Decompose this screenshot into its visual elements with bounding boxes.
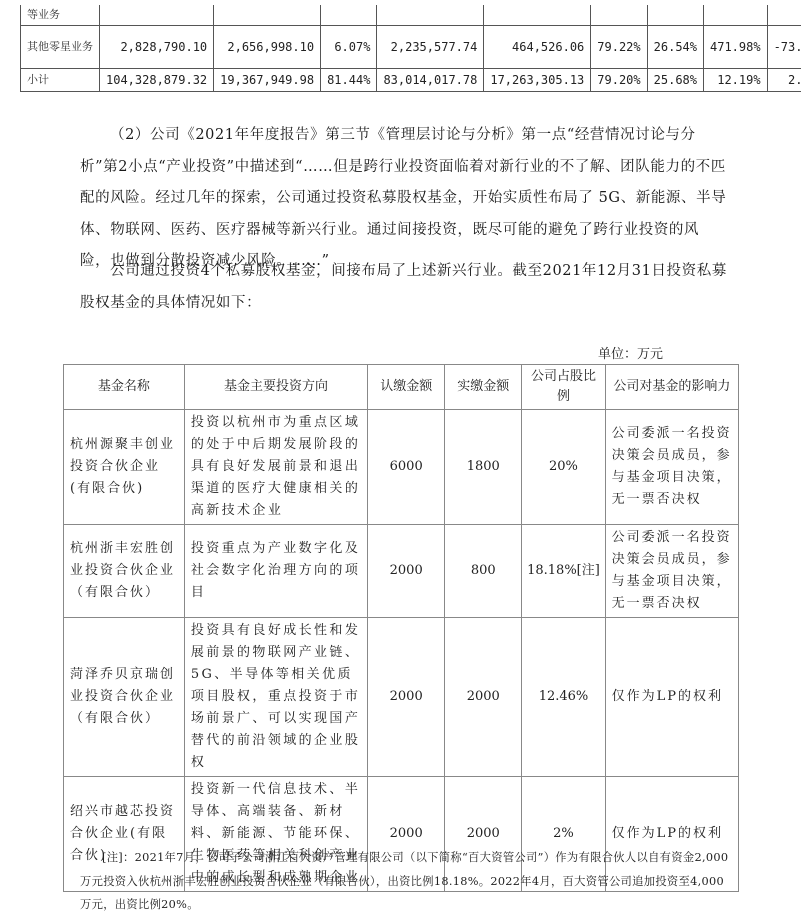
cell: 17,263,305.13 bbox=[484, 69, 591, 92]
cell: 26.54% bbox=[647, 26, 703, 69]
table-row: 杭州源聚丰创业投资合伙企业(有限合伙) 投资以杭州市为重点区域的处于中后期发展阶… bbox=[64, 410, 739, 525]
table-header-row: 基金名称 基金主要投资方向 认缴金额 实缴金额 公司占股比例 公司对基金的影响力 bbox=[64, 365, 739, 410]
row-label: 小计 bbox=[21, 69, 100, 92]
private-equity-fund-table: 基金名称 基金主要投资方向 认缴金额 实缴金额 公司占股比例 公司对基金的影响力… bbox=[63, 364, 739, 892]
cell: 464,526.06 bbox=[484, 26, 591, 69]
fund-direction: 投资重点为产业数字化及社会数字化治理方向的项目 bbox=[184, 525, 367, 618]
cell: 104,328,879.32 bbox=[100, 69, 214, 92]
influence: 公司委派一名投资决策会员成员，参与基金项目决策，无一票否决权 bbox=[605, 525, 738, 618]
cell: 2.24% bbox=[767, 69, 801, 92]
fund-name: 菏泽乔贝京瑞创业投资合伙企业（有限合伙） bbox=[64, 618, 185, 777]
paid-amount: 1800 bbox=[445, 410, 522, 525]
subscribed-amount: 2000 bbox=[368, 525, 445, 618]
header-paid-amount: 实缴金额 bbox=[445, 365, 522, 410]
paragraph-annual-report-quote: （2）公司《2021年年度报告》第三节《管理层讨论与分析》第一点“经营情况讨论与… bbox=[80, 120, 728, 278]
influence: 仅作为LP的权利 bbox=[605, 618, 738, 777]
cell: 2,656,998.10 bbox=[214, 26, 321, 69]
cell: 2,828,790.10 bbox=[100, 26, 214, 69]
share-ratio: 18.18%[注] bbox=[522, 525, 605, 618]
influence: 公司委派一名投资决策会员成员，参与基金项目决策，无一票否决权 bbox=[605, 410, 738, 525]
paragraph-fund-intro: 公司通过投资4个私募股权基金，间接布局了上述新兴行业。截至2021年12月31日… bbox=[80, 256, 728, 319]
cell: 25.68% bbox=[647, 69, 703, 92]
header-share-ratio: 公司占股比例 bbox=[522, 365, 605, 410]
header-fund-name: 基金名称 bbox=[64, 365, 185, 410]
fund-name: 杭州浙丰宏胜创业投资合伙企业（有限合伙） bbox=[64, 525, 185, 618]
cell: 79.20% bbox=[591, 69, 647, 92]
cell: 81.44% bbox=[321, 69, 377, 92]
cell: 12.19% bbox=[704, 69, 768, 92]
paid-amount: 800 bbox=[445, 525, 522, 618]
header-investment-direction: 基金主要投资方向 bbox=[184, 365, 367, 410]
table-row-subtotal: 小计 104,328,879.32 19,367,949.98 81.44% 8… bbox=[21, 69, 801, 92]
revenue-breakdown-table-fragment: 等业务 其他零星业务 2,828,790.10 2,656,998.10 6.0… bbox=[20, 5, 801, 92]
header-influence: 公司对基金的影响力 bbox=[605, 365, 738, 410]
cell: 2,235,577.74 bbox=[377, 26, 484, 69]
subscribed-amount: 6000 bbox=[368, 410, 445, 525]
cell: 471.98% bbox=[704, 26, 768, 69]
fund-direction: 投资以杭州市为重点区域的处于中后期发展阶段的具有良好发展前景和退出渠道的医疗大健… bbox=[184, 410, 367, 525]
row-label: 等业务 bbox=[21, 5, 100, 26]
share-ratio: 20% bbox=[522, 410, 605, 525]
table-row: 其他零星业务 2,828,790.10 2,656,998.10 6.07% 2… bbox=[21, 26, 801, 69]
unit-label: 单位：万元 bbox=[598, 343, 663, 362]
cell: 19,367,949.98 bbox=[214, 69, 321, 92]
fund-name: 杭州源聚丰创业投资合伙企业(有限合伙) bbox=[64, 410, 185, 525]
row-label: 其他零星业务 bbox=[21, 26, 100, 69]
table-row: 杭州浙丰宏胜创业投资合伙企业（有限合伙） 投资重点为产业数字化及社会数字化治理方… bbox=[64, 525, 739, 618]
cell: 79.22% bbox=[591, 26, 647, 69]
subscribed-amount: 2000 bbox=[368, 618, 445, 777]
footnote: [注]：2021年7月，公司子公司浙江百大资产管理有限公司（以下简称“百大资管公… bbox=[80, 846, 730, 917]
fund-direction: 投资具有良好成长性和发展前景的物联网产业链、5G、半导体等相关优质项目股权，重点… bbox=[184, 618, 367, 777]
cell: -73.15% bbox=[767, 26, 801, 69]
cell: 83,014,017.78 bbox=[377, 69, 484, 92]
paid-amount: 2000 bbox=[445, 618, 522, 777]
header-subscribed-amount: 认缴金额 bbox=[368, 365, 445, 410]
table-row: 等业务 bbox=[21, 5, 801, 26]
cell: 6.07% bbox=[321, 26, 377, 69]
share-ratio: 12.46% bbox=[522, 618, 605, 777]
table-row: 菏泽乔贝京瑞创业投资合伙企业（有限合伙） 投资具有良好成长性和发展前景的物联网产… bbox=[64, 618, 739, 777]
